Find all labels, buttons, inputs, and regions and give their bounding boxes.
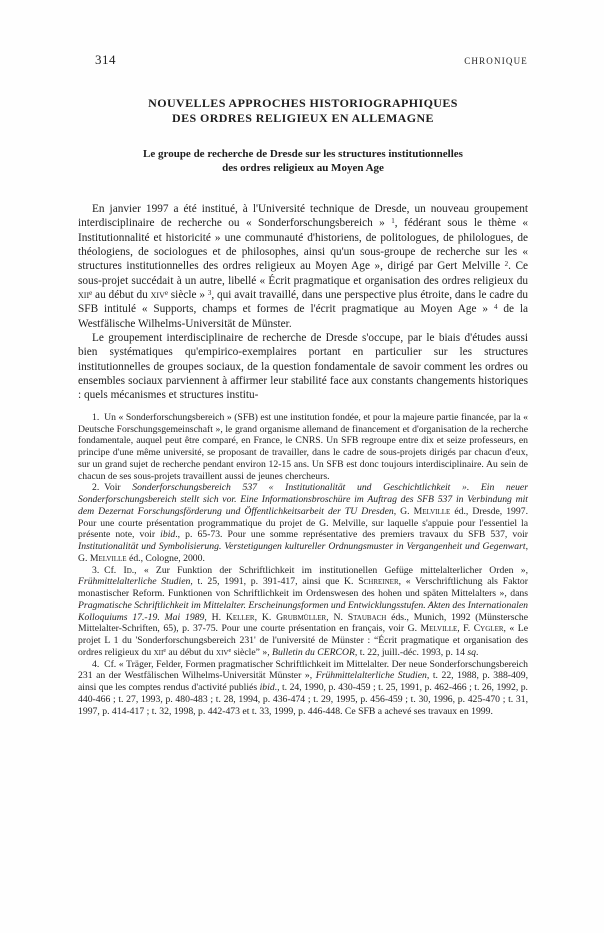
footnotes: 1. Un « Sonderforschungsbereich » (SFB) … xyxy=(78,412,528,718)
running-head: CHRONIQUE xyxy=(464,56,528,66)
footnote: 1. Un « Sonderforschungsbereich » (SFB) … xyxy=(78,412,528,483)
paragraph: En janvier 1997 a été institué, à l'Univ… xyxy=(78,202,528,331)
footnote: 3. Cf. Id., « Zur Funktion der Schriftli… xyxy=(78,565,528,659)
page-number: 314 xyxy=(78,52,116,68)
article-subtitle: Le groupe de recherche de Dresde sur les… xyxy=(78,147,528,175)
document-page: 314 CHRONIQUE NOUVELLES APPROCHES HISTOR… xyxy=(0,0,604,933)
article-subtitle-line-2: des ordres religieux au Moyen Age xyxy=(78,161,528,175)
article-subtitle-line-1: Le groupe de recherche de Dresde sur les… xyxy=(78,147,528,161)
body-text: En janvier 1997 a été institué, à l'Univ… xyxy=(78,202,528,403)
article-title: NOUVELLES APPROCHES HISTORIOGRAPHIQUES D… xyxy=(78,96,528,126)
footnote: 4. Cf. « Träger, Felder, Formen pragmati… xyxy=(78,659,528,718)
article-title-line-1: NOUVELLES APPROCHES HISTORIOGRAPHIQUES xyxy=(78,96,528,111)
paragraph: Le groupement interdisciplinaire de rech… xyxy=(78,331,528,403)
footnote: 2. Voir Sonderforschungsbereich 537 « In… xyxy=(78,482,528,564)
article-title-line-2: DES ORDRES RELIGIEUX EN ALLEMAGNE xyxy=(78,111,528,126)
running-header: 314 CHRONIQUE xyxy=(78,52,528,68)
